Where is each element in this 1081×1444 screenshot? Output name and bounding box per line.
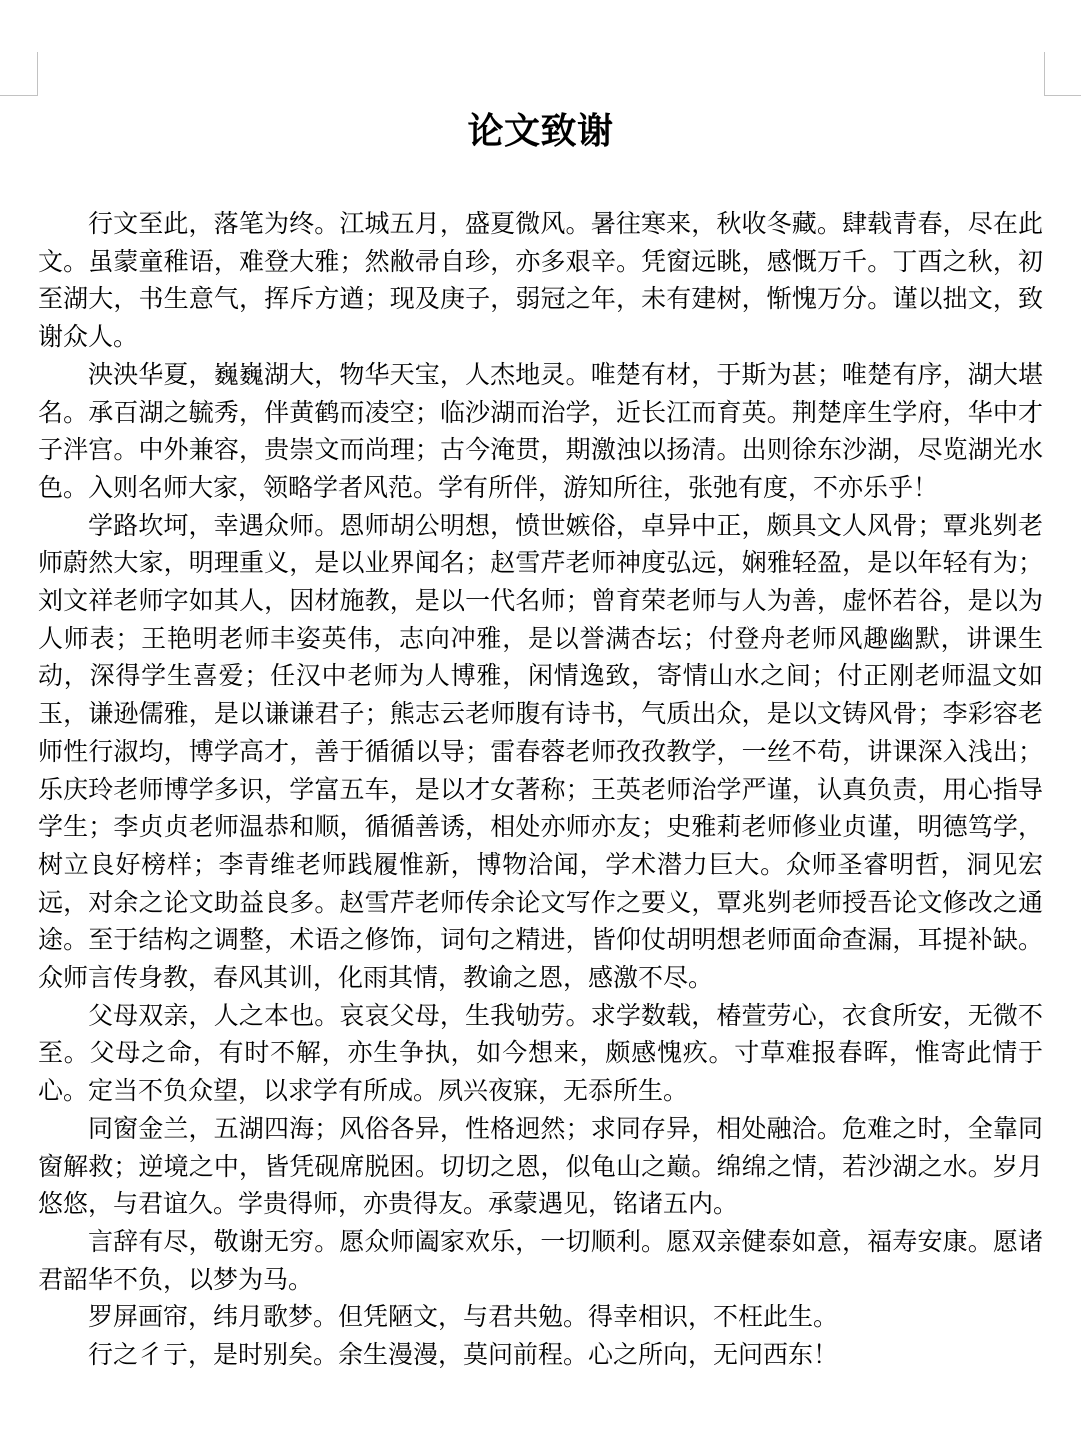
paragraph-classmates: 同窗金兰，五湖四海；风俗各异，性格迥然；求同存异，相处融洽。危难之时，全靠同窗解… bbox=[38, 1111, 1043, 1224]
text-boundary-mark-top-right bbox=[1044, 52, 1081, 96]
text-boundary-mark-top-left bbox=[0, 52, 38, 96]
paragraph-encouragement: 罗屏画帘，纬月歌梦。但凭陋文，与君共勉。得幸相识，不枉此生。 bbox=[38, 1299, 1043, 1337]
paragraph-parents: 父母双亲，人之本也。哀哀父母，生我劬劳。求学数载，椿萱劳心，衣食所安，无微不至。… bbox=[38, 998, 1043, 1111]
paragraph-opening: 行文至此，落笔为终。江城五月，盛夏微风。暑往寒来，秋收冬藏。肆载青春，尽在此文。… bbox=[38, 206, 1043, 357]
paragraph-wishes: 言辞有尽，敬谢无穷。愿众师阖家欢乐，一切顺利。愿双亲健泰如意，福寿安康。愿诸君韶… bbox=[38, 1224, 1043, 1299]
page-title: 论文致谢 bbox=[38, 109, 1043, 153]
document-body: 行文至此，落笔为终。江城五月，盛夏微风。暑往寒来，秋收冬藏。肆载青春，尽在此文。… bbox=[38, 206, 1043, 1375]
page-text-area: 论文致谢 行文至此，落笔为终。江城五月，盛夏微风。暑往寒来，秋收冬藏。肆载青春，… bbox=[38, 95, 1043, 1375]
paragraph-university: 泱泱华夏，巍巍湖大，物华天宝，人杰地灵。唯楚有材，于斯为甚；唯楚有序，湖大堪名。… bbox=[38, 357, 1043, 508]
paragraph-farewell: 行之彳亍，是时别矣。余生漫漫，莫问前程。心之所向，无问西东！ bbox=[38, 1337, 1043, 1375]
paragraph-teachers: 学路坎坷，幸遇众师。恩师胡公明想，愤世嫉俗，卓异中正，颇具文人风骨；覃兆刿老师蔚… bbox=[38, 508, 1043, 998]
document-page: { "doc": { "title": "论文致谢", "paragraphs"… bbox=[0, 0, 1081, 1444]
